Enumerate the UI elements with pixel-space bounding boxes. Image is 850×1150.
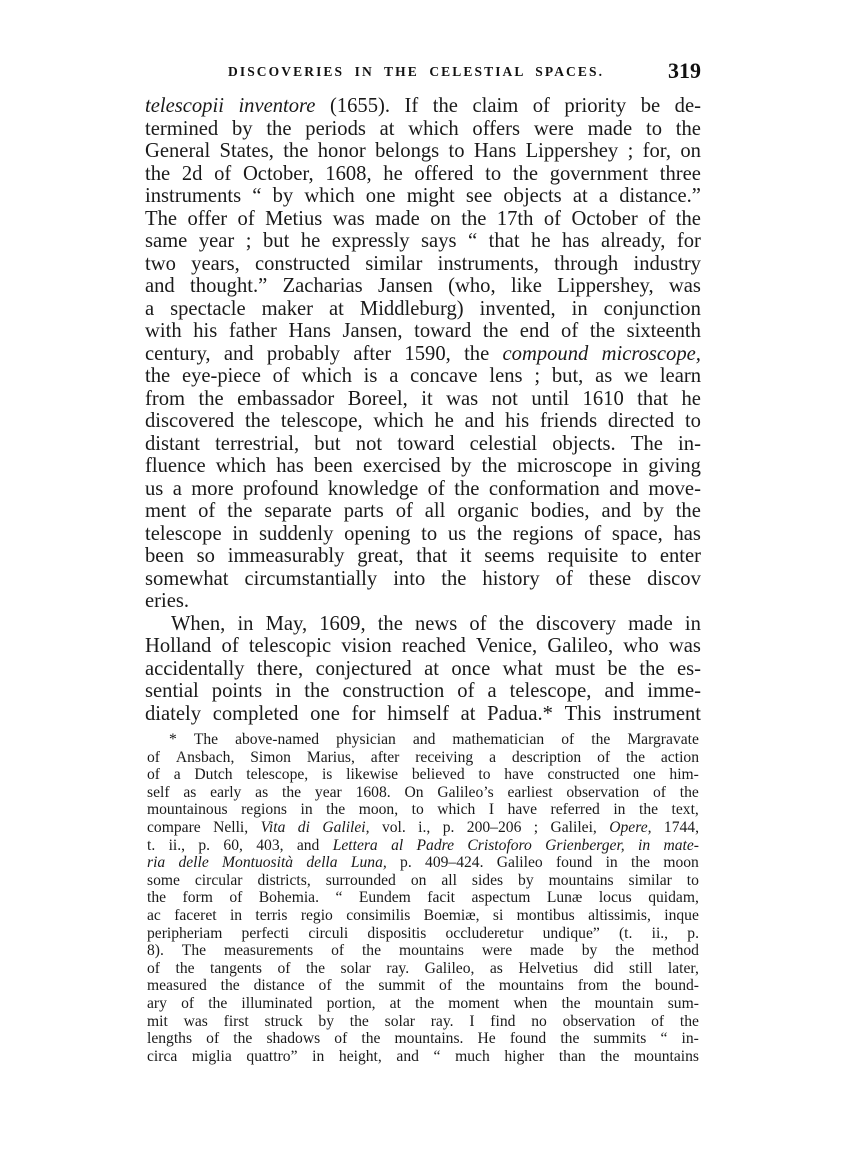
text-line: sentialpointsintheconstructionofatelesco… (145, 680, 701, 703)
footnote-line: aryoftheilluminatedportion,atthemomentwh… (147, 995, 699, 1013)
text-line: twoyears,constructedsimilarinstruments,t… (145, 253, 701, 276)
text-line: eries. (145, 590, 701, 613)
footnote-line: mountainousregionsinthemoon,towhichIhave… (147, 801, 699, 819)
italic-text: Montuosità (222, 854, 293, 871)
footnote-line: acfaceretinterrisregioconsimilisBoemiæ,s… (147, 907, 699, 925)
text-line: distantterrestrial,butnottowardcelestial… (145, 433, 701, 456)
footnote-line: riadelleMontuositàdellaLuna,p.409–424.Ga… (147, 854, 699, 872)
page-number: 319 (668, 58, 701, 84)
text-line: accidentallythere,conjecturedatoncewhatm… (145, 658, 701, 681)
italic-text: mate- (663, 837, 699, 854)
running-title: DISCOVERIES IN THE CELESTIAL SPACES. (228, 64, 604, 80)
text-line: telescopeinsuddenlyopeningtoustheregions… (145, 523, 701, 546)
text-line: terminedbytheperiodsatwhichoffersweremad… (145, 118, 701, 141)
footnote: *Theabove-namedphysicianandmathematician… (147, 731, 699, 1065)
footnote-line: somecirculardistricts,surroundedonallsid… (147, 872, 699, 890)
text-line: telescopiiinventore(1655).Iftheclaimofpr… (145, 95, 701, 118)
footnote-line: compareNelli,VitadiGalilei,vol.i.,p.200–… (147, 819, 699, 837)
footnote-line: selfasearlyastheyear1608.OnGalileo’searl… (147, 784, 699, 802)
italic-text: di (298, 819, 310, 836)
text-line: century,andprobablyafter1590,thecompound… (145, 343, 701, 366)
text-line: somewhatcircumstantiallyintothehistoryof… (145, 568, 701, 591)
footnote-line: *Theabove-namedphysicianandmathematician… (147, 731, 699, 749)
footnote-line: t.ii.,p.60,403,andLetteraalPadreCristofo… (147, 837, 699, 855)
text-line: discoveredthetelescope,whichheandhisfrie… (145, 410, 701, 433)
text-line: HollandoftelescopicvisionreachedVenice,G… (145, 635, 701, 658)
footnote-line: peripheriamperfecticirculidispositisoccl… (147, 925, 699, 943)
italic-text: Opere, (609, 819, 651, 836)
italic-text: al (391, 837, 403, 854)
text-line: fluencewhichhasbeenexercisedbythemicrosc… (145, 455, 701, 478)
italic-text: Cristoforo (467, 837, 531, 854)
italic-text: Vita (261, 819, 286, 836)
text-line: sameyear;butheexpresslysays“thathehasalr… (145, 230, 701, 253)
text-line: fromtheembassadorBoreel,itwasnotuntil161… (145, 388, 701, 411)
footnote-line: 8).Themeasurementsofthemountainsweremade… (147, 942, 699, 960)
text-line: withhisfatherHansJansen,towardtheendofth… (145, 320, 701, 343)
footnote-line: ofaDutchtelescope,islikewisebelievedtoha… (147, 766, 699, 784)
text-line: the2dofOctober,1608,heofferedtothegovern… (145, 163, 701, 186)
italic-text: microscope, (602, 343, 701, 365)
italic-text: Padre (417, 837, 455, 854)
text-line: diatelycompletedoneforhimselfatPadua.*Th… (145, 703, 701, 726)
italic-text: in (638, 837, 650, 854)
italic-text: compound (503, 343, 589, 365)
text-line: usamoreprofoundknowledgeoftheconformatio… (145, 478, 701, 501)
text-line: beensoimmeasurablygreat,thatitseemsrequi… (145, 545, 701, 568)
text-line: mentoftheseparatepartsofallorganicbodies… (145, 500, 701, 523)
text-line: theeye-pieceofwhichisaconcavelens;but,as… (145, 365, 701, 388)
italic-text: Grienberger, (545, 837, 625, 854)
body-text: telescopiiinventore(1655).Iftheclaimofpr… (145, 95, 701, 725)
text-line: TheofferofMetiuswasmadeonthe17thofOctobe… (145, 208, 701, 231)
text-line: aspectaclemakeratMiddleburg)invented,inc… (145, 298, 701, 321)
italic-text: telescopii (145, 95, 224, 117)
text-line: andthought.”ZachariasJansen(who,likeLipp… (145, 275, 701, 298)
italic-text: inventore (238, 95, 315, 117)
footnote-line: circamigliaquattro”inheight,and“muchhigh… (147, 1048, 699, 1066)
italic-text: delle (178, 854, 208, 871)
text-line: When,inMay,1609,thenewsofthediscoverymad… (145, 613, 701, 636)
italic-text: ria (147, 854, 165, 871)
footnote-line: mitwasfirststruckbythesolarray.Ifindnoob… (147, 1013, 699, 1031)
text-line: instruments“bywhichonemightseeobjectsata… (145, 185, 701, 208)
italic-text: Lettera (333, 837, 378, 854)
italic-text: Galilei, (322, 819, 369, 836)
footnote-line: theformofBohemia.“EundemfacitaspectumLun… (147, 889, 699, 907)
book-page: DISCOVERIES IN THE CELESTIAL SPACES. 319… (0, 0, 850, 1150)
text-line: GeneralStates,thehonorbelongstoHansLippe… (145, 140, 701, 163)
italic-text: Luna, (351, 854, 387, 871)
running-head: DISCOVERIES IN THE CELESTIAL SPACES. 319 (145, 58, 701, 84)
footnote-line: lengthsoftheshadowsofthemountains.Hefoun… (147, 1030, 699, 1048)
italic-text: della (306, 854, 337, 871)
footnote-line: ofthetangentsofthesolarray.Galileo,asHel… (147, 960, 699, 978)
footnote-line: ofAnsbach,SimonMarius,afterreceivingades… (147, 749, 699, 767)
footnote-line: measuredthedistanceofthesummitofthemount… (147, 977, 699, 995)
